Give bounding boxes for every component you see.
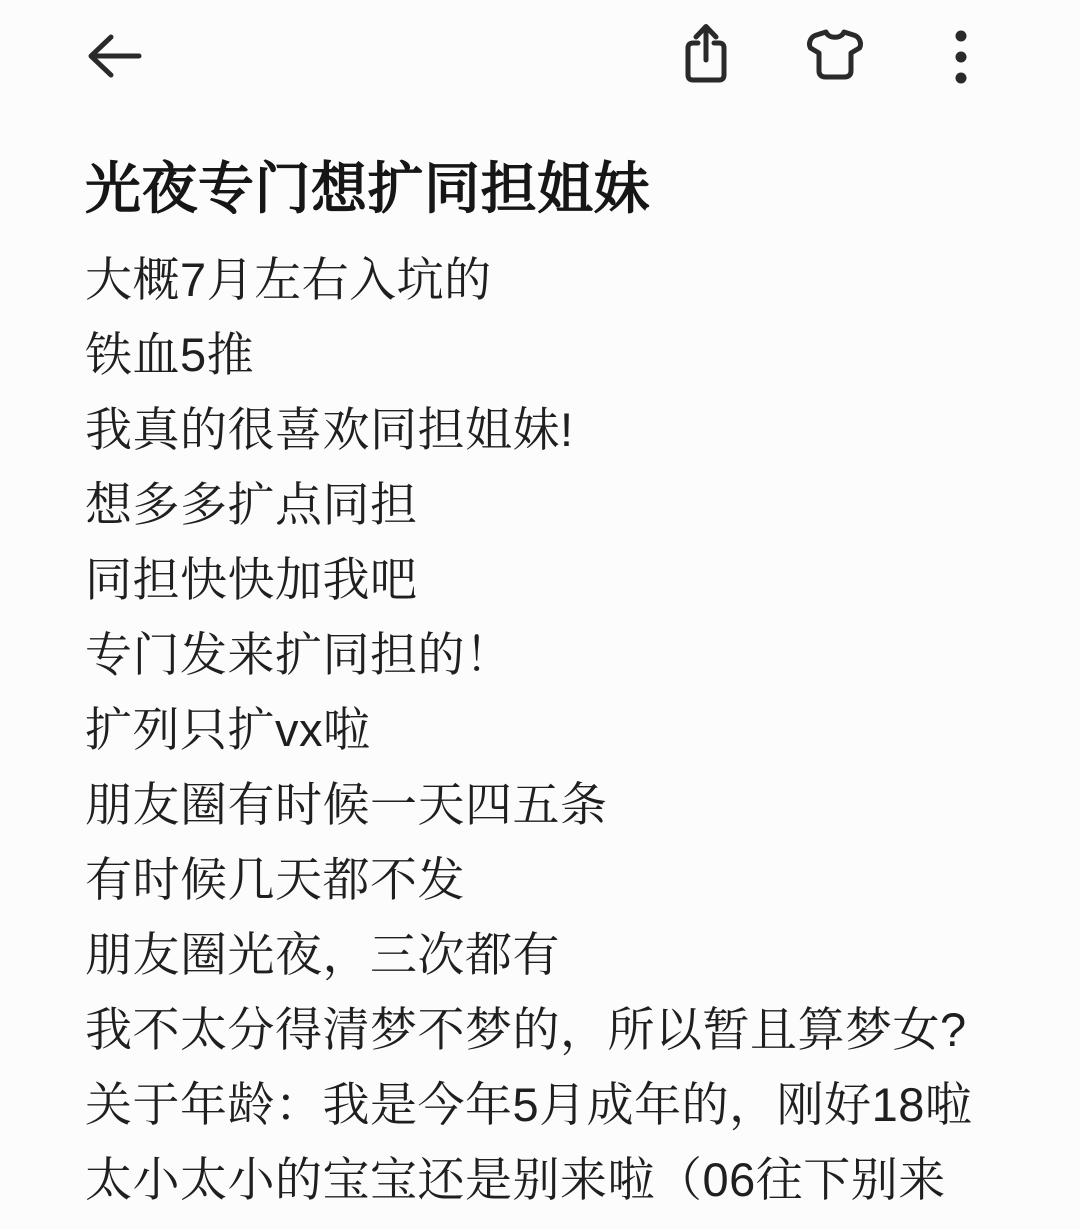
share-button[interactable]	[676, 18, 736, 90]
post-line: 我真的很喜欢同担姐妹!	[85, 392, 995, 467]
post-line: 铁血5推	[85, 317, 995, 392]
back-button[interactable]	[80, 28, 148, 84]
post-title: 光夜专门想扩同担姐妹	[85, 156, 995, 222]
post-body: 大概7月左右入坑的 铁血5推 我真的很喜欢同担姐妹! 想多多扩点同担 同担快快加…	[85, 242, 995, 1217]
back-arrow-icon	[83, 30, 145, 82]
more-options-button[interactable]	[944, 26, 978, 88]
post-line: 同担快快加我吧	[85, 542, 995, 617]
post-detail-page: 光夜专门想扩同担姐妹 大概7月左右入坑的 铁血5推 我真的很喜欢同担姐妹! 想多…	[0, 0, 1080, 1229]
post-line: 有时候几天都不发	[85, 842, 995, 917]
top-navigation-bar	[0, 0, 1080, 110]
post-line: 关于年龄：我是今年5月成年的，刚好18啦	[85, 1067, 995, 1142]
kebab-menu-icon	[953, 28, 969, 86]
share-icon	[683, 22, 729, 86]
post-line: 朋友圈有时候一天四五条	[85, 767, 995, 842]
post-line: 朋友圈光夜，三次都有	[85, 917, 995, 992]
post-line: 大概7月左右入坑的	[85, 242, 995, 317]
tshirt-icon	[803, 26, 867, 82]
wardrobe-button[interactable]	[798, 24, 872, 84]
post-content: 光夜专门想扩同担姐妹 大概7月左右入坑的 铁血5推 我真的很喜欢同担姐妹! 想多…	[0, 156, 1080, 1217]
post-line: 专门发来扩同担的！	[85, 617, 995, 692]
post-line: 扩列只扩vx啦	[85, 692, 995, 767]
post-line: 我不太分得清梦不梦的，所以暂且算梦女?	[85, 992, 995, 1067]
post-line: 想多多扩点同担	[85, 467, 995, 542]
post-line: 太小太小的宝宝还是别来啦（06往下别来	[85, 1142, 995, 1217]
